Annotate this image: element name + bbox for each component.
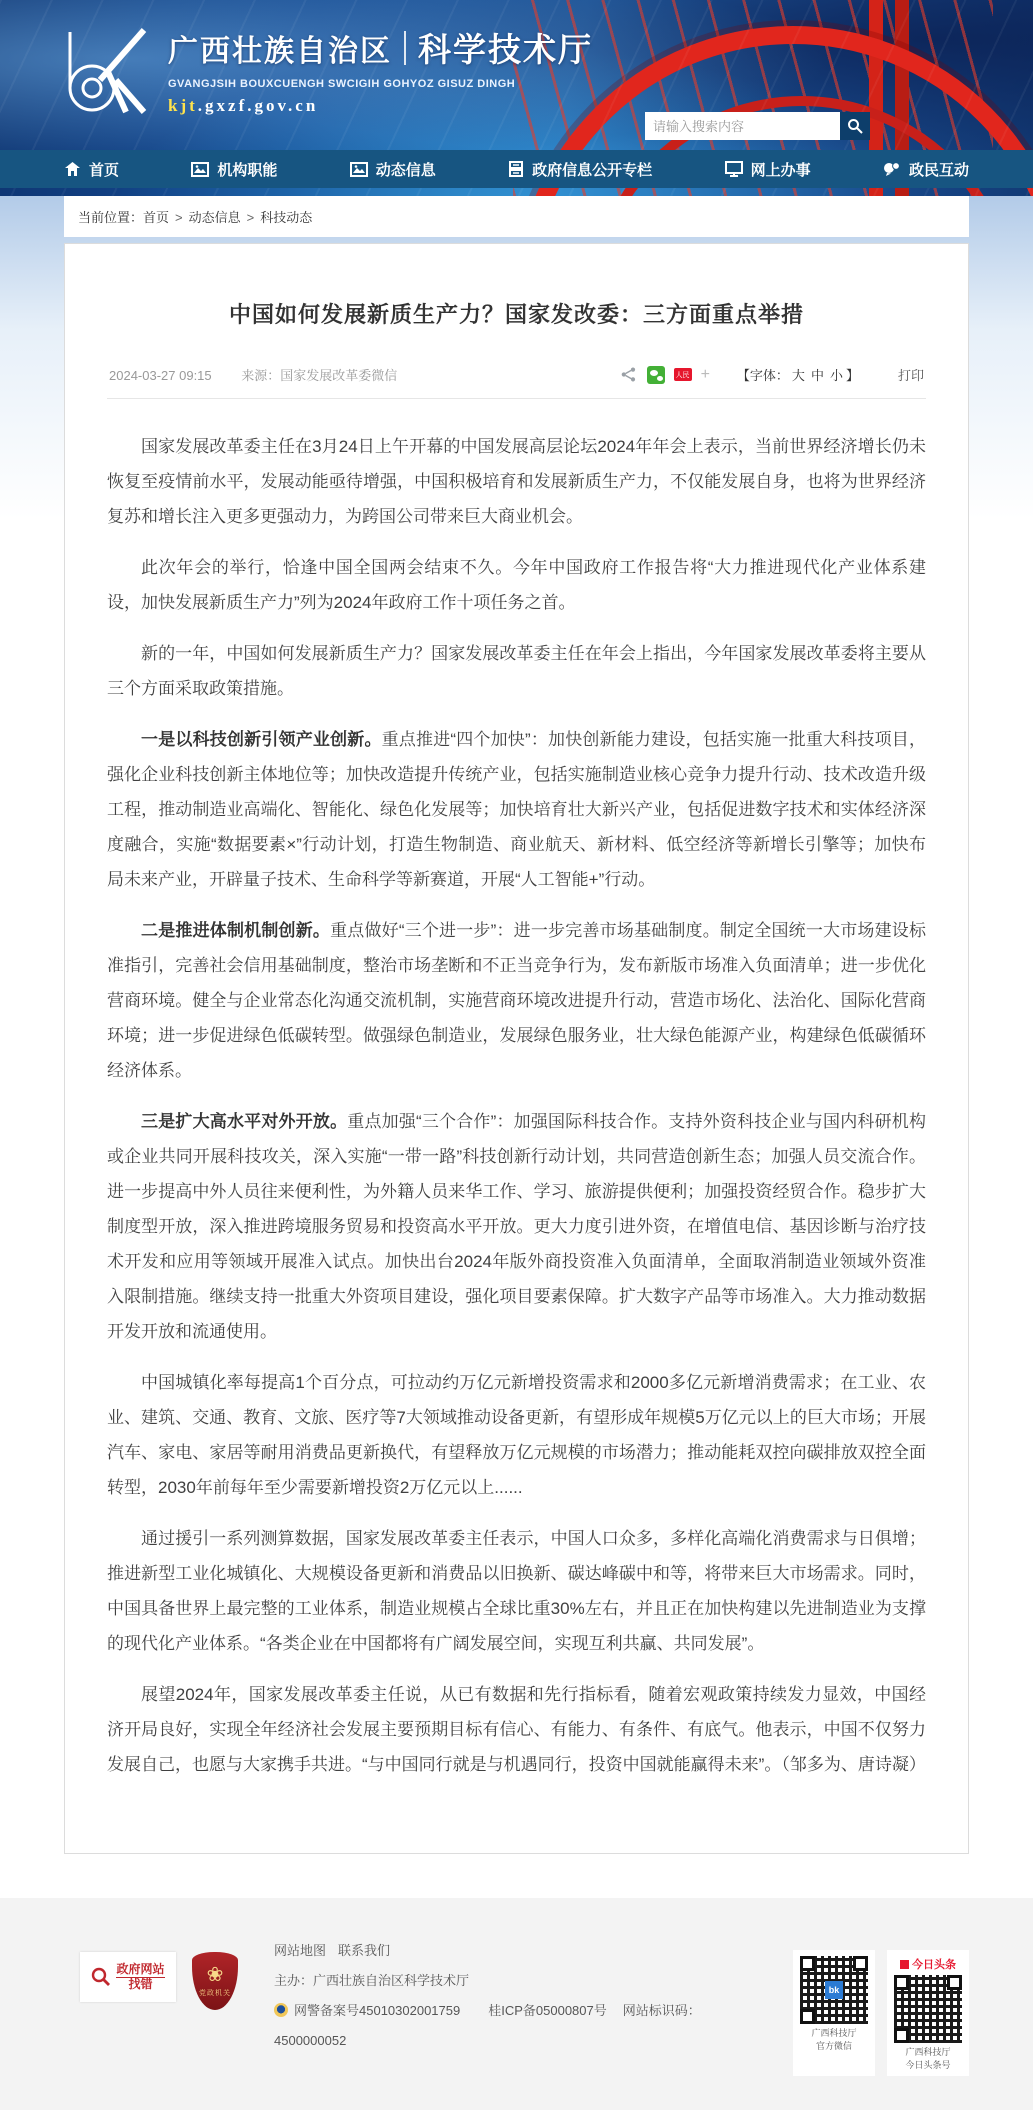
article-body: 国家发展改革委主任在3月24日上午开幕的中国发展高层论坛2024年年会上表示，当… — [107, 399, 926, 1782]
nav-item-home[interactable]: 首页 — [64, 159, 119, 180]
paragraph: 新的一年，中国如何发展新质生产力？国家发展改革委主任在年会上指出，今年国家发展改… — [107, 636, 926, 706]
font-size-small[interactable]: 小 — [830, 368, 843, 383]
footer-info: 网站地图联系我们 主办：广西壮族自治区科学技术厅 网警备案号4501030200… — [274, 1936, 793, 2056]
nav-item-online-services[interactable]: 网上办事 — [725, 159, 811, 180]
share-button[interactable] — [620, 366, 638, 384]
search-input[interactable] — [645, 112, 840, 140]
search-bar — [645, 112, 870, 140]
police-record: 网警备案号45010302001759 — [294, 2003, 460, 2018]
nav-item-interaction[interactable]: 政民互动 — [883, 159, 969, 180]
font-size-suffix: 】 — [846, 368, 859, 383]
nav-item-functions[interactable]: 机构职能 — [191, 159, 277, 180]
breadcrumb-separator: > — [247, 210, 255, 225]
page-title: 中国如何发展新质生产力？国家发改委：三方面重点举措 — [107, 298, 926, 329]
site-code: 4500000052 — [274, 2026, 793, 2056]
picture-icon — [191, 162, 209, 177]
paragraph: 一是以科技创新引领产业创新。重点推进“四个加快”：加快创新能力建设，包括实施一批… — [107, 722, 926, 897]
gov-site-find-error-badge[interactable]: 政府网站 找错 — [80, 1952, 176, 2002]
share-weibo-button[interactable]: 人民 — [674, 368, 692, 381]
site-logo-icon — [56, 24, 152, 116]
footer-organizer: 主办：广西壮族自治区科学技术厅 — [274, 1966, 793, 1996]
font-size-prefix: 【字体： — [737, 368, 789, 383]
header-banner: 广西壮族自治区 科学技术厅 GVANGJSIH BOUXCUENGH SWCIG… — [0, 0, 1033, 196]
paragraph: 通过援引一系列测算数据，国家发展改革委主任表示，中国人口众多，多样化高端化消费需… — [107, 1521, 926, 1661]
find-error-label-2: 找错 — [128, 1977, 152, 1991]
paragraph: 此次年会的举行，恰逢中国全国两会结束不久。今年中国政府工作报告将“大力推进现代化… — [107, 550, 926, 620]
chat-icon — [883, 161, 901, 177]
archive-icon — [508, 161, 524, 177]
party-badge-emblem-icon: ❀ — [207, 1965, 224, 1985]
article-meta: 2024-03-27 09:15 来源：国家发展改革委微信 人民 + 【字体：大… — [107, 365, 926, 399]
article-card: 中国如何发展新质生产力？国家发改委：三方面重点举措 2024-03-27 09:… — [64, 243, 969, 1854]
paragraph: 三是扩大高水平对外开放。重点加强“三个合作”：加强国际科技合作。支持外资科技企业… — [107, 1104, 926, 1349]
font-size-medium[interactable]: 中 — [811, 368, 824, 383]
font-size-large[interactable]: 大 — [792, 368, 805, 383]
police-badge-icon — [274, 2003, 288, 2017]
home-icon — [64, 161, 81, 177]
search-button[interactable] — [840, 112, 870, 140]
search-icon — [847, 118, 863, 134]
print-button[interactable]: 打印 — [898, 365, 924, 384]
party-badge-label: 党政机关 — [199, 1988, 231, 1998]
toutiao-icon — [900, 1960, 909, 1969]
breadcrumb: 当前位置：首页>动态信息>科技动态 — [64, 196, 969, 237]
site-code-label: 网站标识码： — [623, 2003, 701, 2018]
breadcrumb-prefix: 当前位置： — [78, 210, 143, 225]
paragraph: 国家发展改革委主任在3月24日上午开幕的中国发展高层论坛2024年年会上表示，当… — [107, 429, 926, 534]
font-size-control: 【字体：大中小】 — [737, 365, 859, 384]
qr-toutiao-block: 今日头条 广西科技厅 今日头条号 — [887, 1950, 969, 2076]
paragraph: 二是推进体制机制创新。重点做好“三个进一步”：进一步完善市场基础制度。制定全国统… — [107, 913, 926, 1088]
paragraph: 中国城镇化率每提高1个百分点，可拉动约万亿元新增投资需求和2000多亿元新增消费… — [107, 1365, 926, 1505]
publish-date: 2024-03-27 09:15 — [109, 368, 212, 383]
qr-wechat-block: bk 广西科技厅 官方微信 — [793, 1950, 875, 2076]
footer: 政府网站 找错 ❀ 党政机关 网站地图联系我们 主办：广西壮族自治区科学技术厅 … — [0, 1898, 1033, 2110]
paragraph: 展望2024年，国家发展改革委主任说，从已有数据和先行指标看，随着宏观政策持续发… — [107, 1677, 926, 1782]
qr-wechat-caption-1: 广西科技厅 — [811, 2028, 856, 2038]
breadcrumb-current: 科技动态 — [260, 210, 312, 225]
breadcrumb-separator: > — [175, 210, 183, 225]
site-name-zhuang: GVANGJSIH BOUXCUENGH SWCIGIH GOHYOZ GISU… — [168, 78, 593, 90]
footer-link-sitemap[interactable]: 网站地图 — [274, 1943, 326, 1958]
share-wechat-button[interactable] — [647, 366, 665, 384]
main-nav: 首页 机构职能 动态信息 政府信息公开专栏 网上办事 政民互动 — [0, 150, 1033, 188]
qr-toutiao-caption-1: 广西科技厅 — [905, 2047, 950, 2057]
share-icon — [621, 367, 636, 382]
breadcrumb-section[interactable]: 动态信息 — [189, 210, 241, 225]
breadcrumb-home[interactable]: 首页 — [143, 210, 169, 225]
qr-toutiao-caption-2: 今日头条号 — [905, 2060, 950, 2070]
nav-item-gov-info[interactable]: 政府信息公开专栏 — [508, 159, 652, 180]
find-error-label-1: 政府网站 — [116, 1962, 164, 1978]
article-source: 来源：国家发展改革委微信 — [241, 368, 397, 383]
department-name: 科学技术厅 — [418, 24, 593, 71]
qr-code-wechat: bk — [800, 1956, 868, 2024]
party-gov-badge[interactable]: ❀ 党政机关 — [192, 1952, 238, 2010]
name-divider — [404, 31, 406, 65]
icp-number: 桂ICP备05000807号 — [488, 2003, 607, 2018]
site-name: 广西壮族自治区 — [168, 26, 392, 70]
footer-link-contact[interactable]: 联系我们 — [338, 1943, 390, 1958]
site-logo-block: 广西壮族自治区 科学技术厅 GVANGJSIH BOUXCUENGH SWCIG… — [56, 24, 593, 116]
weibo-icon: 人民 — [676, 370, 690, 380]
qr-wechat-caption-2: 官方微信 — [816, 2041, 852, 2051]
nav-item-news[interactable]: 动态信息 — [350, 159, 436, 180]
toutiao-header: 今日头条 — [893, 1956, 963, 1972]
share-more-button[interactable]: + — [701, 366, 710, 384]
qr-wechat-logo: bk — [825, 1981, 843, 1999]
qr-code-toutiao — [894, 1975, 962, 2043]
picture-icon — [350, 162, 368, 177]
find-error-magnifier-icon — [91, 1967, 111, 1987]
site-url: kjt.gxzf.gov.cn — [168, 96, 593, 116]
monitor-icon — [725, 161, 743, 177]
